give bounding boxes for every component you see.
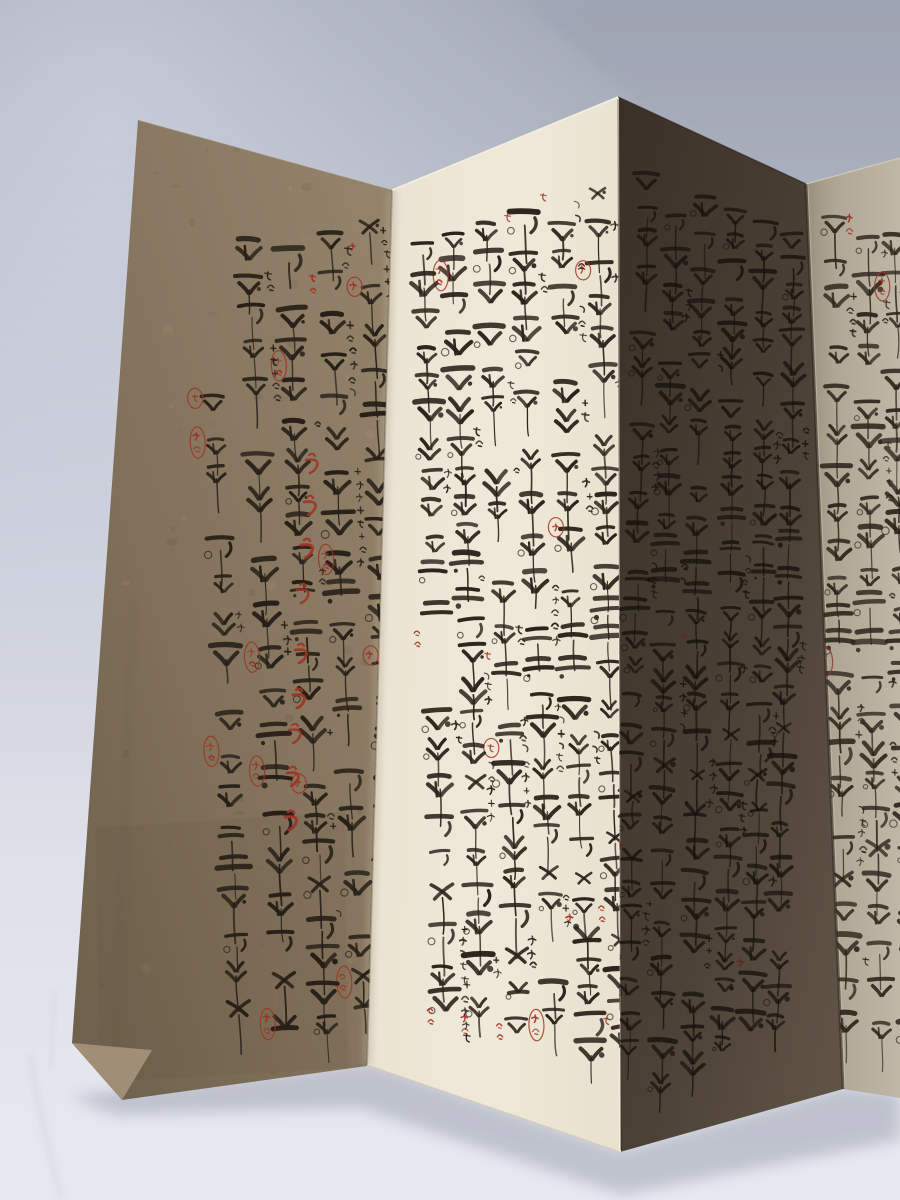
photo-of-accordion-manuscript <box>0 0 900 1200</box>
manuscript-photo-canvas <box>0 0 900 1200</box>
